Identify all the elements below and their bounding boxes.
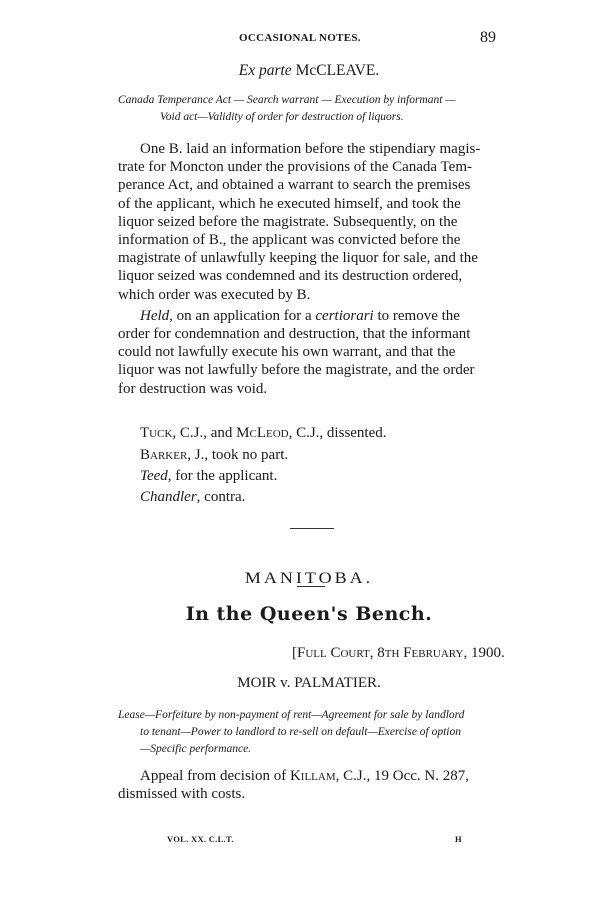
counsel-contra-line: Chandler, contra. bbox=[140, 489, 245, 506]
province-heading: MANITOBA. bbox=[0, 570, 608, 588]
text-line: magistrate of unlawfully keeping the liq… bbox=[118, 249, 541, 267]
volume-signature: VOL. XX. C.L.T. bbox=[167, 834, 234, 844]
court-date: [Full Court, 8th February, 1900. bbox=[292, 645, 505, 662]
text-line: could not lawfully execute his own warra… bbox=[118, 343, 541, 361]
section-divider bbox=[290, 528, 334, 529]
text-line: perance Act, and obtained a warrant to s… bbox=[118, 176, 541, 194]
judge-name: McLeod bbox=[236, 425, 288, 441]
certiorari-term: certiorari bbox=[315, 308, 373, 324]
judge-name: Barker bbox=[140, 447, 187, 463]
text-line: which order was executed by B. bbox=[118, 286, 541, 304]
section-divider bbox=[297, 586, 325, 587]
headnote-line: Canada Temperance Act — Search warrant —… bbox=[118, 92, 538, 109]
text-span: to remove the bbox=[374, 308, 460, 324]
counsel-name: Chandler bbox=[140, 489, 197, 505]
text-span: Appeal from decision of bbox=[140, 768, 290, 784]
text-line: One B. laid an information before the st… bbox=[118, 140, 541, 158]
case-title-prefix: Ex parte bbox=[239, 62, 292, 79]
counsel-applicant-line: Teed, for the applicant. bbox=[140, 468, 277, 485]
text-line: liquor seized before the magistrate. Sub… bbox=[118, 213, 541, 231]
appeal-paragraph: Appeal from decision of Killam, C.J., 19… bbox=[118, 767, 541, 803]
case-title-name: McCLEAVE. bbox=[296, 62, 380, 79]
dissent-line: Tuck, C.J., and McLeod, C.J., dissented. bbox=[140, 425, 387, 442]
text-line: dismissed with costs. bbox=[118, 785, 541, 803]
text-span: , C.J., 19 Occ. N. 287, bbox=[336, 768, 469, 784]
text-line: of the applicant, which he executed hims… bbox=[118, 195, 541, 213]
text-span: on an application for a bbox=[173, 308, 315, 324]
counsel-name: Teed bbox=[140, 468, 168, 484]
judge-name: Killam bbox=[290, 768, 336, 784]
held-label: Held, bbox=[140, 308, 173, 324]
facts-paragraph: One B. laid an information before the st… bbox=[118, 140, 541, 398]
text-line: for destruction was void. bbox=[118, 380, 541, 398]
text-span: , for the applicant. bbox=[168, 468, 278, 484]
case-title-mccleave: Ex parte McCLEAVE. bbox=[0, 62, 608, 80]
page-number: 89 bbox=[480, 29, 496, 47]
running-head: OCCASIONAL NOTES. bbox=[239, 32, 361, 44]
text-line: trate for Moncton under the provisions o… bbox=[118, 158, 541, 176]
case-title-moir: MOIR v. PALMATIER. bbox=[0, 675, 608, 692]
text-span: , contra. bbox=[197, 489, 246, 505]
text-span: , C.J., and bbox=[172, 425, 236, 441]
appeal-line: Appeal from decision of Killam, C.J., 19… bbox=[118, 767, 541, 785]
headnote-line: to tenant—Power to landlord to re-sell o… bbox=[118, 724, 558, 741]
text-line: liquor was not lawfully before the magis… bbox=[118, 361, 541, 379]
text-span: , C.J., dissented. bbox=[289, 425, 387, 441]
text-line: information of B., the applicant was con… bbox=[118, 231, 541, 249]
headnote-line: Void act—Validity of order for destructi… bbox=[118, 109, 538, 126]
headnote-line: Lease—Forfeiture by non-payment of rent—… bbox=[118, 707, 558, 724]
document-page: OCCASIONAL NOTES. 89 Ex parte McCLEAVE. … bbox=[0, 0, 608, 907]
held-line: Held, on an application for a certiorari… bbox=[118, 307, 541, 325]
court-heading: In the Queen's Bench. bbox=[0, 603, 608, 625]
no-part-line: Barker, J., took no part. bbox=[140, 447, 288, 464]
text-span: , J., took no part. bbox=[187, 447, 288, 463]
court-date-text: Full Court, 8th February, 1900. bbox=[297, 645, 505, 661]
headnote-moir: Lease—Forfeiture by non-payment of rent—… bbox=[118, 707, 558, 758]
headnote-line: —Specific performance. bbox=[118, 741, 558, 758]
text-line: liquor seized was condemned and its dest… bbox=[118, 267, 541, 285]
judge-name: Tuck bbox=[140, 425, 172, 441]
headnote-mccleave: Canada Temperance Act — Search warrant —… bbox=[118, 92, 538, 126]
printer-signature: H bbox=[455, 834, 462, 844]
text-line: order for condemnation and destruction, … bbox=[118, 325, 541, 343]
